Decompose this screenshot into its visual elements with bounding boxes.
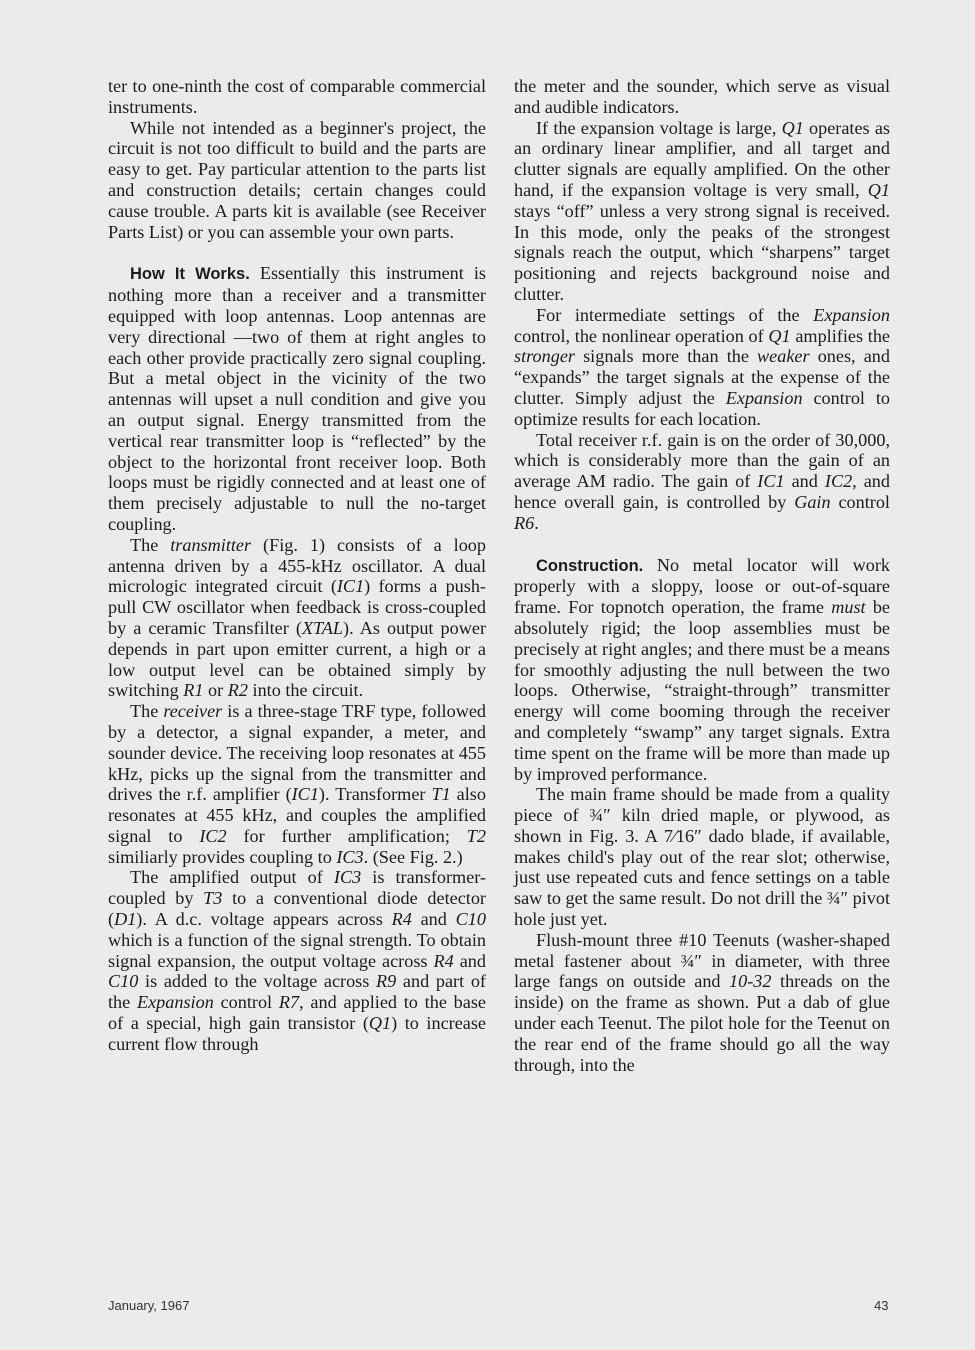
paragraph: the meter and the sounder, which serve a…: [514, 76, 890, 118]
expansion-voltage-paragraph: If the expansion voltage is large, Q1 op…: [514, 118, 890, 305]
construction-paragraph: Construction. No metal locator will work…: [514, 555, 890, 785]
teenuts-paragraph: Flush-mount three #10 Teenuts (washer-sh…: [514, 930, 890, 1076]
how-it-works-paragraph: How It Works. Essentially this instrumen…: [108, 263, 486, 534]
left-column: ter to one-ninth the cost of comparable …: [108, 76, 486, 1055]
amplified-output-paragraph: The amplified output of IC3 is transform…: [108, 867, 486, 1054]
gain-paragraph: Total receiver r.f. gain is on the order…: [514, 430, 890, 534]
section-heading-how-it-works: How It Works.: [130, 265, 250, 283]
paragraph: While not intended as a beginner's proje…: [108, 118, 486, 243]
footer-date: January, 1967: [108, 1298, 189, 1313]
right-column: the meter and the sounder, which serve a…: [514, 76, 890, 1075]
paragraph: ter to one-ninth the cost of comparable …: [108, 76, 486, 118]
transmitter-paragraph: The transmitter (Fig. 1) consists of a l…: [108, 535, 486, 701]
intermediate-settings-paragraph: For intermediate settings of the Expansi…: [514, 305, 890, 430]
section-heading-construction: Construction.: [536, 557, 643, 575]
page-number: 43: [874, 1298, 888, 1313]
receiver-paragraph: The receiver is a three-stage TRF type, …: [108, 701, 486, 867]
main-frame-paragraph: The main frame should be made from a qua…: [514, 784, 890, 930]
